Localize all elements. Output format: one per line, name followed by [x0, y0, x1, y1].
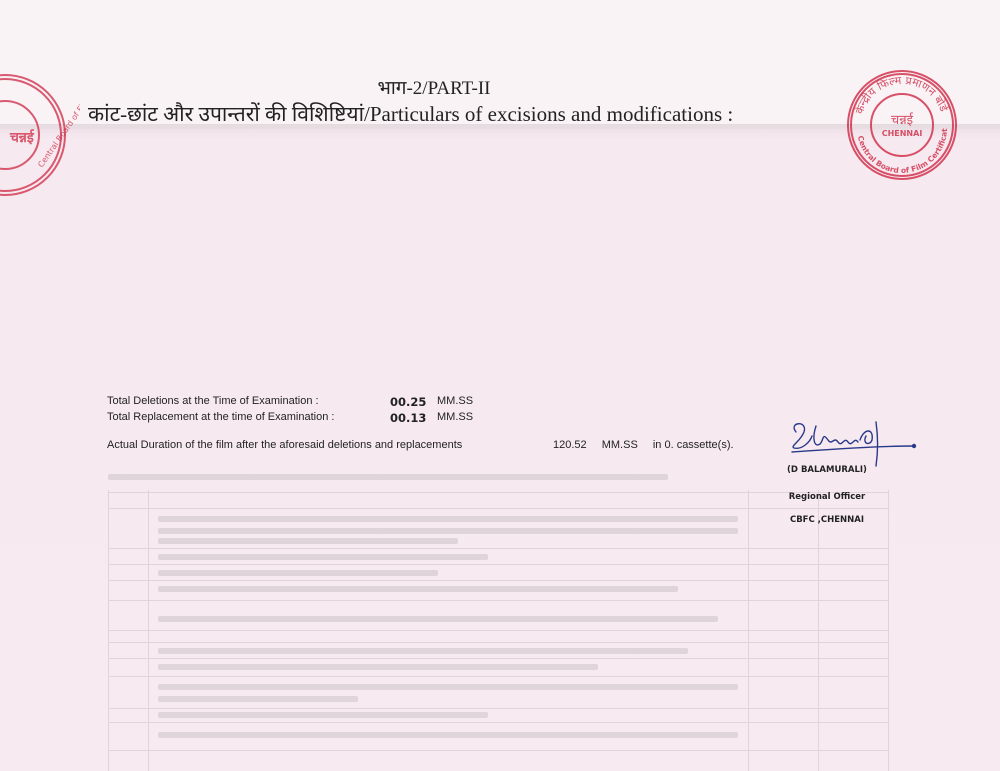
- total-replacements-unit: MM.SS: [437, 411, 473, 423]
- actual-duration-row: 120.52 MM.SS in 0. cassette(s).: [553, 439, 746, 451]
- actual-duration-unit: MM.SS: [602, 439, 638, 451]
- officer-name: (D BALAMURALI): [782, 465, 872, 475]
- stamp-left-center-text: चन्नई: [9, 129, 35, 146]
- officer-office: CBFC ,CHENNAI: [782, 515, 872, 525]
- officer-designation: Regional Officer: [782, 492, 872, 502]
- total-deletions-value: 00.25: [390, 395, 426, 409]
- total-deletions-unit: MM.SS: [437, 395, 473, 407]
- bleed-through-table: [108, 480, 888, 771]
- actual-duration-value: 120.52: [553, 439, 587, 451]
- cassette-count: in 0. cassette(s).: [653, 439, 734, 451]
- total-deletions-label: Total Deletions at the Time of Examinati…: [107, 395, 319, 407]
- section-title: कांट-छांट और उपान्तरों की विशिष्टियां/Pa…: [88, 100, 733, 128]
- officer-signature: [782, 418, 922, 468]
- actual-duration-label: Actual Duration of the film after the af…: [107, 439, 462, 451]
- part-heading: भाग-2/PART-II: [0, 74, 868, 100]
- stamp-right-center-hindi: चन्नई: [891, 112, 914, 128]
- total-replacements-label: Total Replacement at the time of Examina…: [107, 411, 334, 423]
- stamp-right-center-english: CHENNAI: [882, 129, 923, 138]
- total-replacements-value: 00.13: [390, 411, 426, 425]
